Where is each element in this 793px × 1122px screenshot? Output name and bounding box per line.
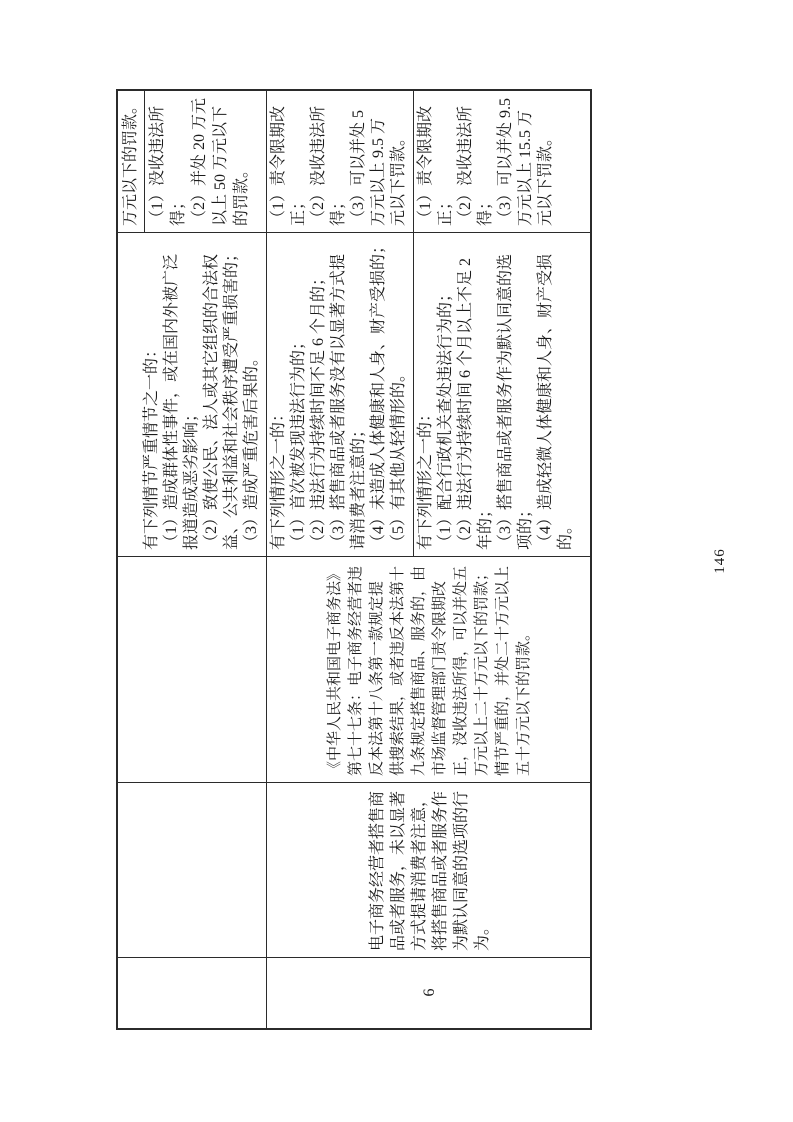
cell-serial-number: 6 [267,957,590,1028]
cell-circumstances-severe: 有下列情节严重情节之一的： （1）造成群体性事件，或在国内外被广泛 报道造成恶劣… [118,232,267,556]
cell-legal-basis: 《中华人民共和国电子商务法》 第七十七条：电子商务经营者违 反本法第十八条第一款… [267,556,590,782]
landscape-sheet: 6 电子商务经营者搭售商 品或者服务，未以显著 方式提请消费者注意， 将搭售商品… [0,0,793,1122]
penalty-discretion-table: 6 电子商务经营者搭售商 品或者服务，未以显著 方式提请消费者注意， 将搭售商品… [116,89,592,1030]
cell-penalty-continuation: 万元以下的罚款。 [118,91,145,232]
cell-empty-serial [118,957,267,1028]
cell-penalty-ordinary: （1）责令限期改 正； （2）没收违法所 得； （3）可以并处 9.5 万元以上… [414,91,590,232]
cell-empty-legal-basis [118,556,267,782]
scanned-document-page: 6 电子商务经营者搭售商 品或者服务，未以显著 方式提请消费者注意， 将搭售商品… [0,0,793,1122]
cell-circumstances-mitigating: 有下列情形之一的： （1）首次被发现违法行为的； （2）违法行为持续时间不足 6… [267,232,414,556]
cell-circumstances-ordinary: 有下列情形之一的： （1）配合行政机关查处违法行为的； （2）违法行为持续时间 … [414,232,590,556]
cell-penalty-severe: （1）没收违法所 得； （2）并处 20 万元 以上 50 万元以下 的罚款。 [145,91,267,232]
cell-empty-behavior [118,782,267,957]
page-number: 146 [712,0,729,1122]
cell-illegal-behavior: 电子商务经营者搭售商 品或者服务，未以显著 方式提请消费者注意， 将搭售商品或者… [267,782,590,957]
cell-penalty-mitigating: （1）责令限期改 正； （2）没收违法所 得； （3）可以并处 5 万元以上 9… [267,91,414,232]
